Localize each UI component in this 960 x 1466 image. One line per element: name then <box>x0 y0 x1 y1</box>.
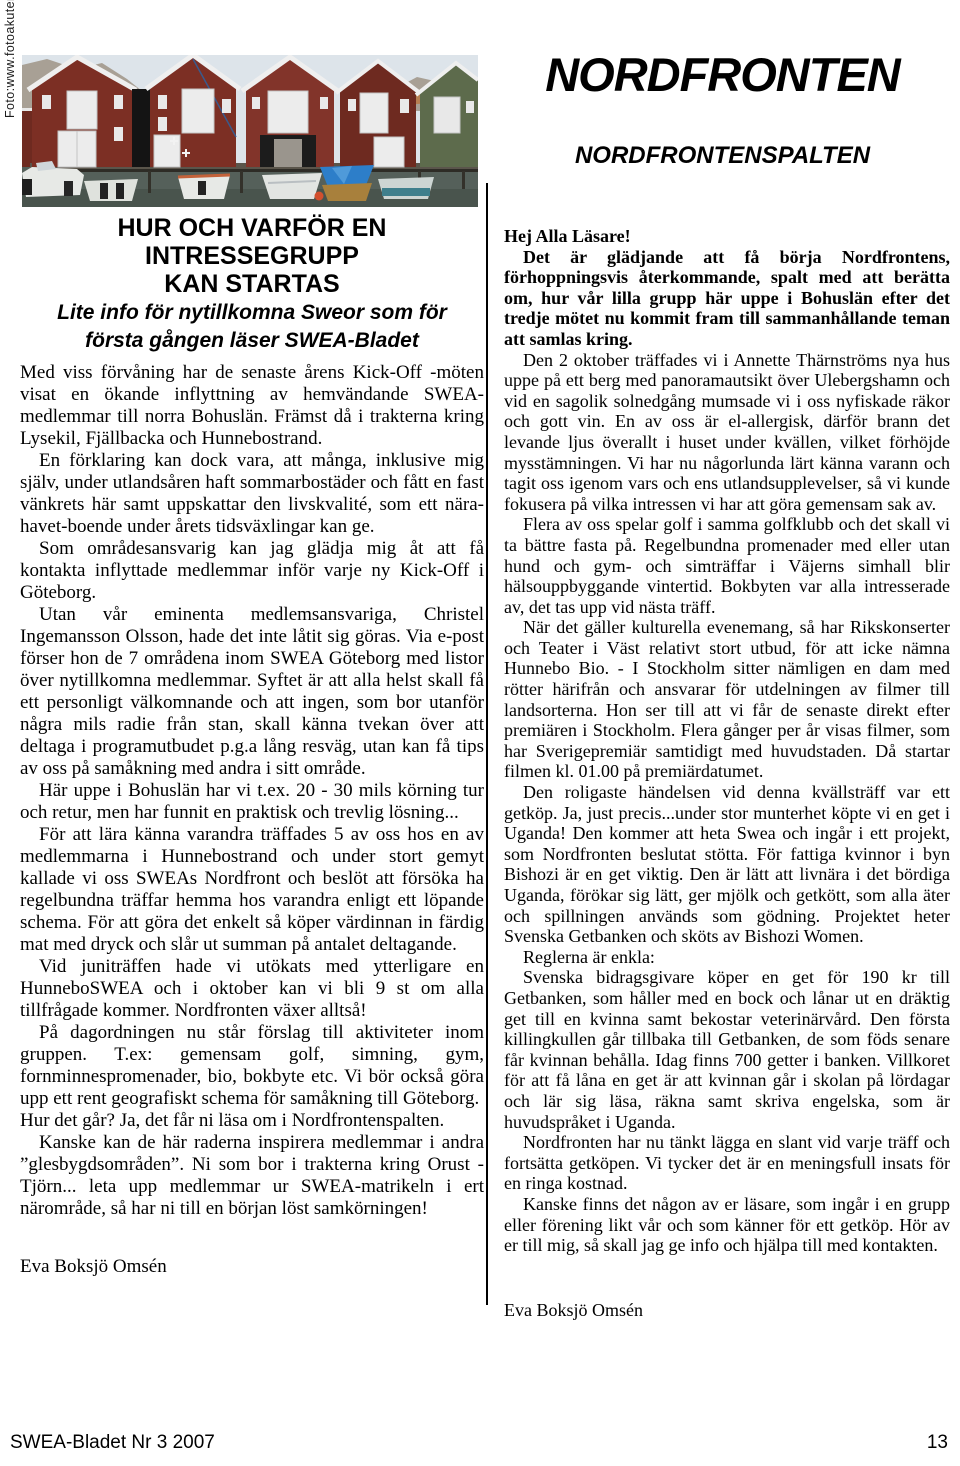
body-paragraph: På dagordningen nu står förslag till akt… <box>20 1022 484 1110</box>
publication-name: SWEA-Bladet Nr 3 2007 <box>10 1432 215 1454</box>
body-paragraph: Den roligaste händelsen vid denna kvälls… <box>504 782 950 947</box>
body-paragraph: Nordfronten har nu tänkt lägga en slant … <box>504 1132 950 1194</box>
article-heading-line1: HUR OCH VARFÖR EN INTRESSEGRUPP <box>20 214 484 270</box>
right-article: Hej Alla Läsare! Det är glädjande att få… <box>504 226 950 1320</box>
newsletter-title: NORDFRONTEN <box>500 50 945 100</box>
masthead: NORDFRONTEN NORDFRONTENSPALTEN <box>500 50 945 169</box>
greeting: Hej Alla Läsare! <box>504 226 950 247</box>
author-signature: Eva Boksjö Omsén <box>20 1256 484 1278</box>
left-article-body: Med viss förvåning har de senaste årens … <box>20 362 484 1220</box>
boathouses-illustration <box>22 55 478 207</box>
photo-credit: Foto:www.fotoakuten.se <box>3 0 17 118</box>
lead-paragraph: Det är glädjande att få börja Nordfronte… <box>504 247 950 350</box>
page-number: 13 <box>927 1432 948 1454</box>
body-paragraph: Kanske kan de här raderna inspirera medl… <box>20 1132 484 1220</box>
body-paragraph: Kanske finns det någon av er läsare, som… <box>504 1194 950 1256</box>
body-paragraph: Den 2 oktober träffades vi i Annette Thä… <box>504 350 950 515</box>
body-paragraph: Hur det går? Ja, det får ni läsa om i No… <box>20 1110 484 1132</box>
body-paragraph: Som områdesansvarig kan jag glädja mig å… <box>20 538 484 604</box>
column-divider <box>486 183 488 1305</box>
body-paragraph: När det gäller kulturella evenemang, så … <box>504 617 950 782</box>
column-title: NORDFRONTENSPALTEN <box>500 143 945 169</box>
body-paragraph: Flera av oss spelar golf i samma golfklu… <box>504 514 950 617</box>
body-paragraph: Här uppe i Bohuslän har vi t.ex. 20 - 30… <box>20 780 484 824</box>
body-paragraph: Vid juniträffen hade vi utökats med ytte… <box>20 956 484 1022</box>
body-paragraph: En förklaring kan dock vara, att många, … <box>20 450 484 538</box>
article-subtitle-line1: Lite info för nytillkomna Sweor som för <box>20 300 484 326</box>
left-article: HUR OCH VARFÖR EN INTRESSEGRUPP KAN STAR… <box>20 214 484 1278</box>
body-paragraph: Utan vår eminenta medlemsansvariga, Chri… <box>20 604 484 780</box>
body-paragraph: Med viss förvåning har de senaste årens … <box>20 362 484 450</box>
author-signature: Eva Boksjö Omsén <box>504 1300 950 1321</box>
body-paragraph: Svenska bidragsgivare köper en get för 1… <box>504 967 950 1132</box>
body-paragraph: Reglerna är enkla: <box>504 947 950 968</box>
boathouses-photo <box>22 55 478 207</box>
page-footer: SWEA-Bladet Nr 3 2007 13 <box>0 1432 960 1454</box>
newsletter-page: Foto:www.fotoakuten.se <box>0 0 960 1466</box>
body-paragraph: För att lära känna varandra träffades 5 … <box>20 824 484 956</box>
article-subtitle-line2: första gången läser SWEA-Bladet <box>20 328 484 354</box>
article-heading-line2: KAN STARTAS <box>20 270 484 298</box>
